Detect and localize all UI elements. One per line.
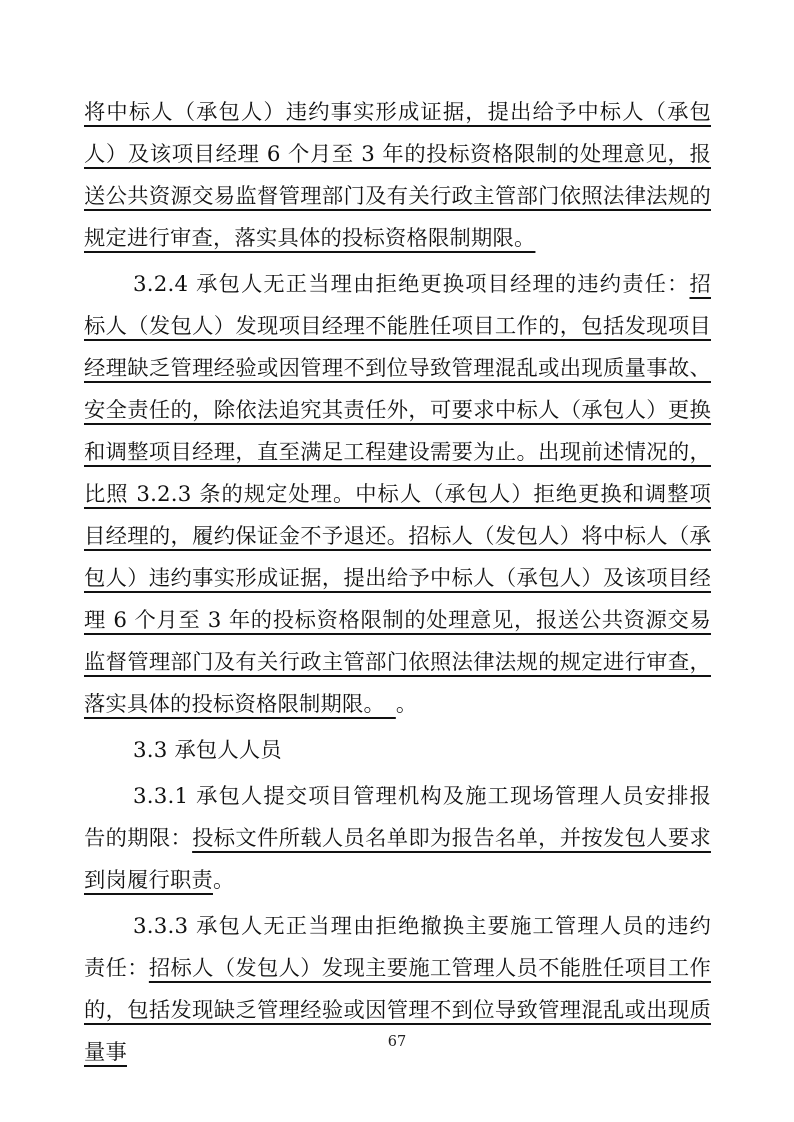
- plain-text: 3.2.4 承包人无正当理由拒绝更换项目经理的违约责任：: [133, 272, 690, 297]
- underlined-text: 招标人（发包人）发现项目经理不能胜任项目工作的，包括发现项目经理缺乏管理经验或因…: [84, 272, 711, 717]
- para-3-3-1: 3.3.1 承包人提交项目管理机构及施工现场管理人员安排报告的期限：投标文件所载…: [84, 776, 711, 902]
- document-page: 将中标人（承包人）违约事实形成证据，提出给予中标人（承包人）及该项目经理 6 个…: [0, 0, 794, 1122]
- para-3-3-heading: 3.3 承包人人员: [84, 730, 711, 772]
- plain-text: 。: [213, 868, 235, 893]
- para-3-2-3-continuation: 将中标人（承包人）违约事实形成证据，提出给予中标人（承包人）及该项目经理 6 个…: [84, 92, 711, 260]
- underlined-text: 将中标人（承包人）违约事实形成证据，提出给予中标人（承包人）及该项目经理 6 个…: [84, 100, 711, 251]
- plain-text: 。: [396, 692, 418, 717]
- page-number: 67: [0, 1033, 794, 1051]
- para-3-2-4: 3.2.4 承包人无正当理由拒绝更换项目经理的违约责任：招标人（发包人）发现项目…: [84, 264, 711, 726]
- document-body: 将中标人（承包人）违约事实形成证据，提出给予中标人（承包人）及该项目经理 6 个…: [84, 92, 711, 1078]
- plain-text: 3.3 承包人人员: [133, 738, 282, 763]
